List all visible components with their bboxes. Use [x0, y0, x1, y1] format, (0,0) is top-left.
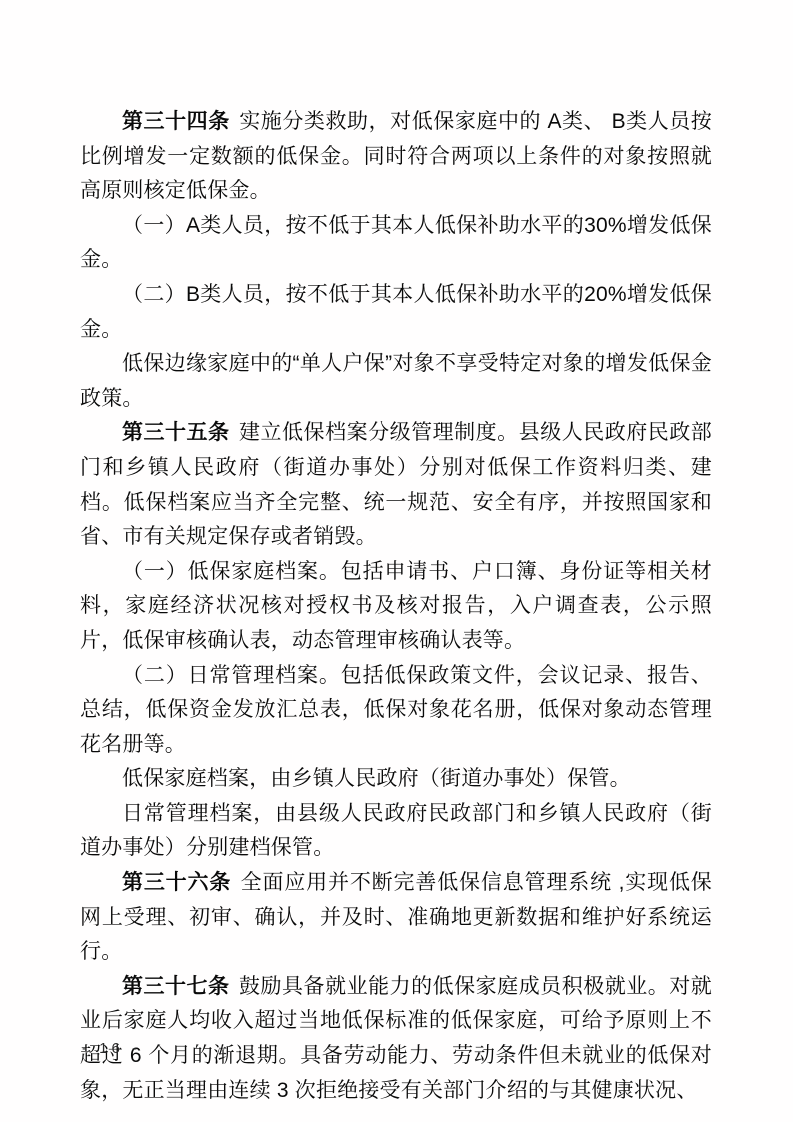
paragraph-daily-archive-keeping: 日常管理档案，由县级人民政府民政部门和乡镇人民政府（街道办事处）分别建档保管。: [80, 797, 712, 866]
paragraph-item-35-1: （一）低保家庭档案。包括申请书、户口簿、身份证等相关材料，家庭经济状况核对授权书…: [80, 555, 712, 659]
article-35-number: 第三十五条: [122, 421, 230, 444]
document-body: 第三十四条实施分类救助，对低保家庭中的 A类、 B类人员按比例增发一定数额的低保…: [80, 105, 712, 1108]
paragraph-article-34: 第三十四条实施分类救助，对低保家庭中的 A类、 B类人员按比例增发一定数额的低保…: [80, 105, 712, 209]
item-34-1-text: （一）A类人员，按不低于其本人低保补助水平的30%增发低保金。: [80, 214, 712, 272]
article-36-number: 第三十六条: [122, 871, 231, 894]
paragraph-item-35-2: （二）日常管理档案。包括低保政策文件，会议记录、报告、总结，低保资金发放汇总表，…: [80, 659, 712, 763]
article-34-number: 第三十四条: [122, 110, 230, 133]
article-37-number: 第三十七条: [122, 975, 230, 998]
page-number: - 16 -: [82, 1040, 141, 1057]
item-35-1-text: （一）低保家庭档案。包括申请书、户口簿、身份证等相关材料，家庭经济状况核对授权书…: [80, 560, 712, 652]
paragraph-family-archive-keeping: 低保家庭档案，由乡镇人民政府（街道办事处）保管。: [80, 762, 712, 797]
document-page: 第三十四条实施分类救助，对低保家庭中的 A类、 B类人员按比例增发一定数额的低保…: [0, 0, 793, 1122]
paragraph-item-34-1: （一）A类人员，按不低于其本人低保补助水平的30%增发低保金。: [80, 209, 712, 278]
paragraph-article-35: 第三十五条建立低保档案分级管理制度。县级人民政府民政部门和乡镇人民政府（街道办事…: [80, 416, 712, 554]
family-archive-keeping-text: 低保家庭档案，由乡镇人民政府（街道办事处）保管。: [122, 767, 631, 790]
paragraph-single-household-note: 低保边缘家庭中的“单人户保”对象不享受特定对象的增发低保金政策。: [80, 347, 712, 416]
single-household-note-text: 低保边缘家庭中的“单人户保”对象不享受特定对象的增发低保金政策。: [80, 352, 712, 410]
item-35-2-text: （二）日常管理档案。包括低保政策文件，会议记录、报告、总结，低保资金发放汇总表，…: [80, 664, 712, 756]
paragraph-item-34-2: （二）B类人员，按不低于其本人低保补助水平的20%增发低保金。: [80, 278, 712, 347]
daily-archive-keeping-text: 日常管理档案，由县级人民政府民政部门和乡镇人民政府（街道办事处）分别建档保管。: [80, 802, 712, 860]
paragraph-article-37: 第三十七条鼓励具备就业能力的低保家庭成员积极就业。对就业后家庭人均收入超过当地低…: [80, 970, 712, 1108]
paragraph-article-36: 第三十六条全面应用并不断完善低保信息管理系统 ,实现低保网上受理、初审、确认，并…: [80, 866, 712, 970]
item-34-2-text: （二）B类人员，按不低于其本人低保补助水平的20%增发低保金。: [80, 283, 712, 341]
